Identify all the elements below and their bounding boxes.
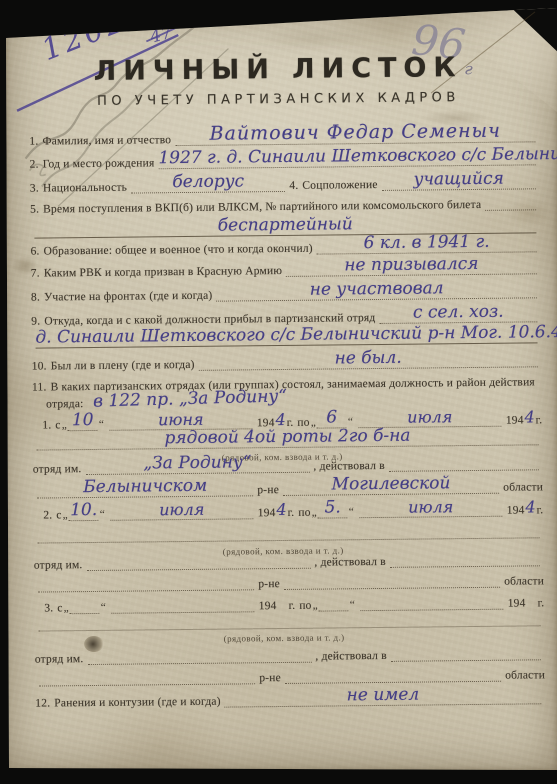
field-1-label: Фамилия, имя и отчество [42,134,171,147]
service-2-position [38,537,540,542]
paper: 1202 47 96г ЛИЧНЫЙ ЛИСТОК ПО УЧЕТУ ПАРТИ… [6,8,557,770]
field-1-number: 1. [29,136,38,148]
to-label: по [298,507,310,519]
service-1-region: Могилевской [283,473,499,495]
field-6-number: 6. [30,246,39,258]
quote-close: “ [100,509,105,521]
field-4-number: 4. [289,180,298,192]
field-row-5: 5. Время поступления в ВКП(б) или ВЛКСМ,… [30,190,540,215]
field-row-2: 2. Год и место рождения 1927 г. д. Синаи… [29,145,539,170]
otryad-label: отряд им. [33,463,82,476]
field-6-rule: 6 кл. в 1941 г. [317,232,537,254]
service-2-from-month: июля [110,499,254,520]
otryad-label: отряд им. [34,559,83,572]
field-row-9-cont: д. Синаили Шетковского с/с Белыничский р… [31,323,541,348]
field-12-value: не имел [225,683,542,706]
quote-open: „ [312,507,317,519]
service-1-position-line: рядовой 4ой роты 2го б-на [32,425,542,450]
service-2-to-month-rule: июля [359,497,503,519]
service-2-to-day: 5. [318,497,348,518]
service-1-region-rule: Могилевской [283,474,499,496]
field-9-cont-rule: д. Синаили Шетковского с/с Белыничский р… [35,323,537,348]
quote-open: „ [63,509,68,521]
field-row-7: 7. Каким РВК и когда призван в Красную А… [31,254,541,279]
field-4-rule: учащийся [381,169,535,191]
field-3-number: 3. [30,183,39,195]
field-row-12: 12. Ранения и контузии (где и когда) не … [35,684,545,709]
service-1-position: рядовой 4ой роты 2го б-на [36,424,538,449]
otryad-label: отряд им. [35,653,84,666]
district-label: р-не [257,484,279,496]
field-1-value: Вайтович Федар Семеныч [175,119,535,145]
service-1-district-rule: Белыничском [37,476,253,498]
field-8-value: не участвовал [216,277,537,300]
field-12-number: 12. [35,697,50,709]
field-row-1: 1. Фамилия, имя и отчество Вайтович Феда… [29,122,539,147]
field-row-8: 8. Участие на фронтах (где и когда) не у… [31,278,541,303]
form-subtitle: ПО УЧЕТУ ПАРТИЗАНСКИХ КАДРОВ [3,89,554,110]
field-2-rule: 1927 г. д. Синаили Шетковского с/с Белын… [158,145,535,169]
field-8-rule: не участвовал [216,278,537,301]
district-label: р-не [259,672,281,684]
service-3-position [39,625,541,630]
year-prefix: 194 [507,504,525,516]
registry-number-secondary: 47 [148,23,174,48]
service-3-region-rule [285,662,501,684]
service-1-district: Белыничском [37,475,253,497]
service-2-position-rule [37,518,539,543]
year-prefix: 194 [258,507,276,519]
field-1-rule: Вайтович Федар Семеныч [175,122,535,146]
acted-label: , действовал в [313,460,385,473]
service-2-position-line [33,518,543,543]
acted-label: , действовал в [314,556,386,569]
service-2-index: 2. [43,509,52,521]
service-3-district-line: р-не области [35,661,545,686]
service-2-otryad-rule [86,549,310,571]
service-2-region [284,587,500,589]
field-12-label: Ранения и контузии (где и когда) [54,696,221,710]
field-10-rule: не был. [199,347,538,371]
year-suffix: г. [288,507,295,519]
form-title: ЛИЧНЫЙ ЛИСТОК [3,51,554,88]
service-1-position-rule: рядовой 4ой роты 2го б-на [36,425,538,450]
field-6-label: Образование: общее и военное (что и когд… [44,243,313,258]
from-label: с [56,509,61,521]
field-9-value: с сел. хоз. [379,301,537,323]
field-5-number: 5. [30,204,39,216]
service-2-acted-rule [390,546,540,568]
field-7-rule: не призывался [286,254,537,277]
year-suffix: г. [537,504,544,516]
acted-label: , действовал в [315,650,387,663]
region-label: области [505,669,545,681]
field-11-label-line2: отряда: [46,398,83,410]
service-2-from-year: 4 [275,500,287,519]
service-2-dates: 2. с „ 10. “ июля 194 4 г. по „ 5. “ июл… [33,496,543,521]
form-content: 1202 47 96г ЛИЧНЫЙ ЛИСТОК ПО УЧЕТУ ПАРТИ… [2,5,557,773]
service-1-otryad-line: отряд им. „За Родину“ , действовал в [33,450,543,475]
service-1-otryad-name: „За Родину“ [85,452,309,474]
service-2-district [38,589,254,591]
field-11-value: в 122 пр. „За Родину“ [93,386,287,411]
service-2-to-month: июля [359,497,503,518]
field-2-value: 1927 г. д. Синаили Шетковского с/с Белын… [158,144,535,168]
service-2-from-month-rule: июля [110,499,254,521]
field-7-number: 7. [31,268,40,280]
field-2-label: Год и место рождения [43,157,155,170]
service-2-from-day: 10. [69,500,99,521]
region-label: области [504,575,544,587]
field-8-label: Участие на фронтах (где и когда) [44,290,212,304]
service-3-district [39,683,255,685]
district-label: р-не [258,578,280,590]
service-3-otryad-rule [87,643,311,665]
quote-close: “ [349,506,354,518]
document-scan: 1202 47 96г ЛИЧНЫЙ ЛИСТОК ПО УЧЕТУ ПАРТИ… [0,0,557,784]
service-3-acted-rule [391,640,541,662]
field-10-value: не был. [198,346,537,370]
field-3-label: Национальность [43,182,127,195]
field-9-rule: с сел. хоз. [379,302,537,324]
service-3-position-rule [38,606,540,631]
field-4-label: Соцположение [302,179,377,192]
service-1-district-line: Белыничском р-не Могилевской области [33,473,543,498]
field-12-rule: не имел [225,684,542,707]
service-2-district-rule [38,570,254,592]
service-1-acted-rule [389,450,539,472]
field-7-label: Каким РВК и когда призван в Красную Арми… [44,265,282,279]
field-6-value: 6 кл. в 1941 г. [317,231,537,253]
field-5-rule [485,190,536,211]
service-3-district-rule [39,664,255,686]
service-3-region [285,681,501,683]
service-1-otryad-rule: „За Родину“ [85,453,309,475]
field-4-value: учащийся [381,168,535,190]
field-9-number: 9. [31,316,40,328]
region-label: области [503,481,543,493]
service-2-to-year: 4 [524,497,536,516]
field-7-value: не призывался [286,253,537,276]
field-3-value: белорус [131,171,285,193]
field-2-number: 2. [30,159,39,171]
field-10-number: 10. [32,360,47,372]
service-2-district-line: р-не области [34,567,544,592]
service-3-position-line [34,606,544,631]
field-8-number: 8. [31,292,40,304]
field-3-rule: белорус [131,172,285,194]
field-10-label: Был ли в плену (где и когда) [51,359,195,373]
field-9-value-cont: д. Синаили Шетковского с/с Белыничский р… [35,322,537,347]
service-2-region-rule [284,568,500,590]
